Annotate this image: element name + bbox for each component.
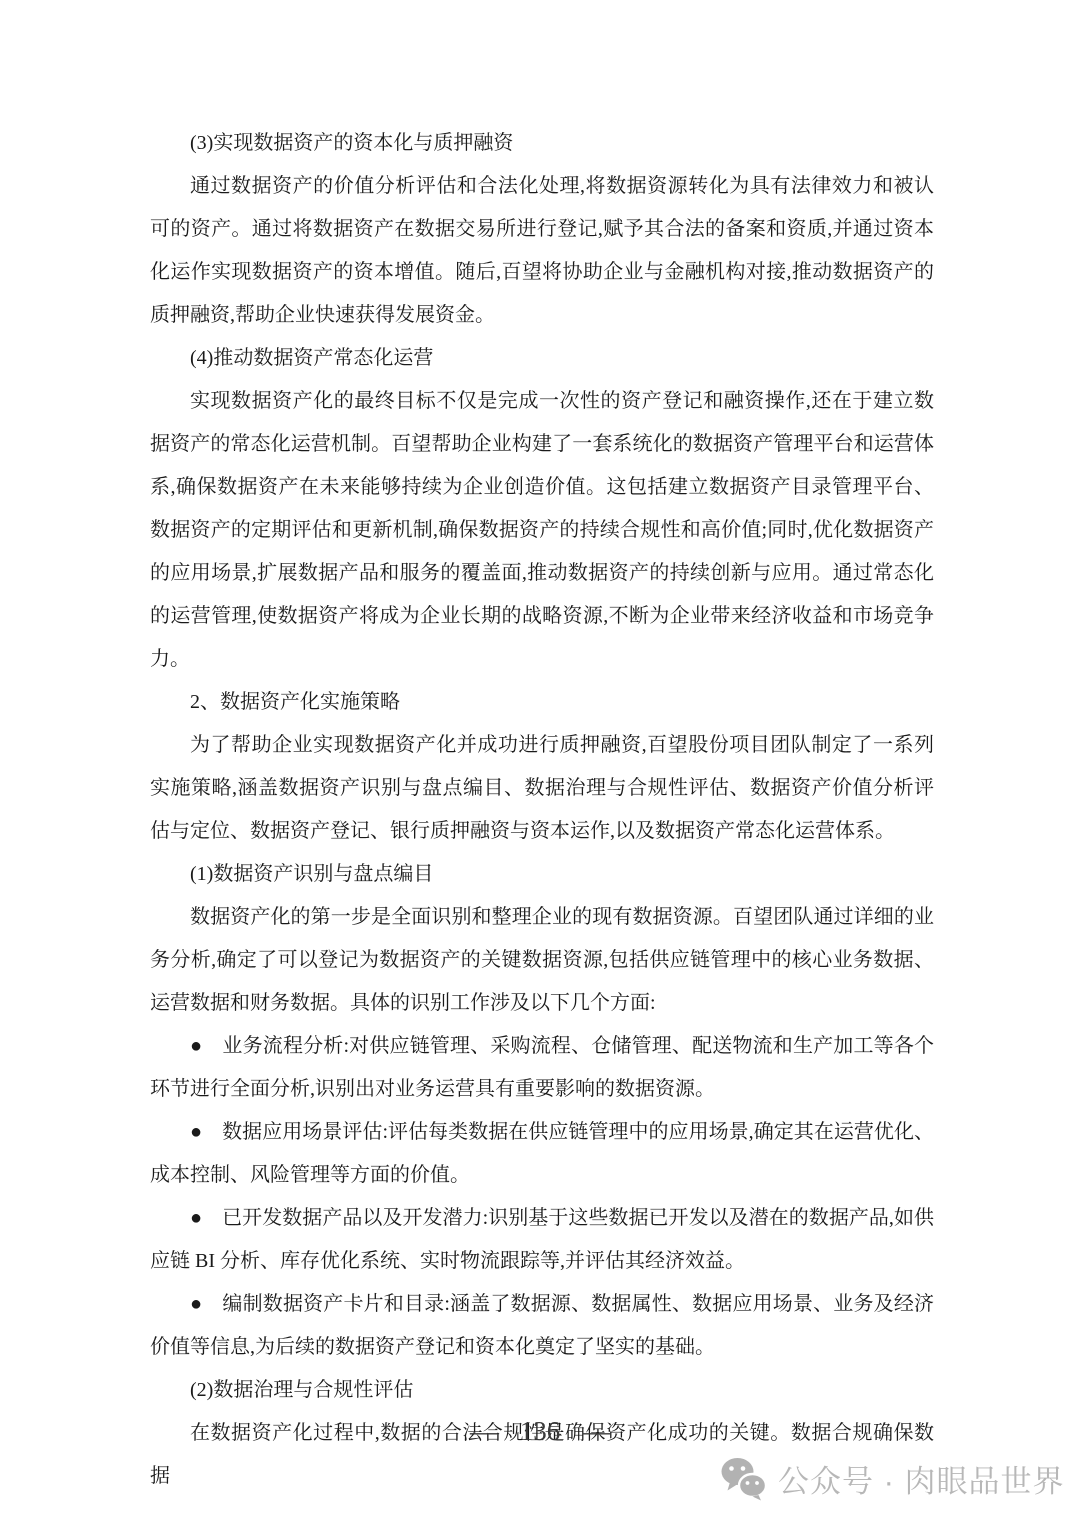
watermark: 公众号 · 肉眼品世界 <box>720 1456 1065 1501</box>
bullet-item: ● 已开发数据产品以及开发潜力:识别基于这些数据已开发以及潜在的数据产品,如供应… <box>150 1197 934 1283</box>
paragraph: 实现数据资产化的最终目标不仅是完成一次性的资产登记和融资操作,还在于建立数据资产… <box>150 380 934 681</box>
paragraph: 数据资产化的第一步是全面识别和整理企业的现有数据资源。百望团队通过详细的业务分析… <box>150 896 934 1025</box>
paragraph: 为了帮助企业实现数据资产化并成功进行质押融资,百望股份项目团队制定了一系列实施策… <box>150 724 934 853</box>
document-body: (3)实现数据资产的资本化与质押融资通过数据资产的价值分析评估和合法化处理,将数… <box>150 122 934 1498</box>
bullet-item: ● 编制数据资产卡片和目录:涵盖了数据源、数据属性、数据应用场景、业务及经济价值… <box>150 1283 934 1369</box>
watermark-text: 公众号 · 肉眼品世界 <box>778 1456 1065 1501</box>
paragraph: 通过数据资产的价值分析评估和合法化处理,将数据资源转化为具有法律效力和被认可的资… <box>150 165 934 337</box>
bullet-item: ● 数据应用场景评估:评估每类数据在供应链管理中的应用场景,确定其在运营优化、成… <box>150 1111 934 1197</box>
page-footer: — 136 — <box>0 1416 1080 1447</box>
section-heading: 2、数据资产化实施策略 <box>150 681 934 724</box>
document-page: (3)实现数据资产的资本化与质押融资通过数据资产的价值分析评估和合法化处理,将数… <box>0 0 1080 1527</box>
section-heading: (1)数据资产识别与盘点编目 <box>150 853 934 896</box>
wechat-icon <box>720 1457 768 1501</box>
section-heading: (2)数据治理与合规性评估 <box>150 1369 934 1412</box>
section-heading: (4)推动数据资产常态化运营 <box>150 337 934 380</box>
page-number: — 136 — <box>470 1416 610 1446</box>
bullet-item: ● 业务流程分析:对供应链管理、采购流程、仓储管理、配送物流和生产加工等各个环节… <box>150 1025 934 1111</box>
section-heading: (3)实现数据资产的资本化与质押融资 <box>150 122 934 165</box>
